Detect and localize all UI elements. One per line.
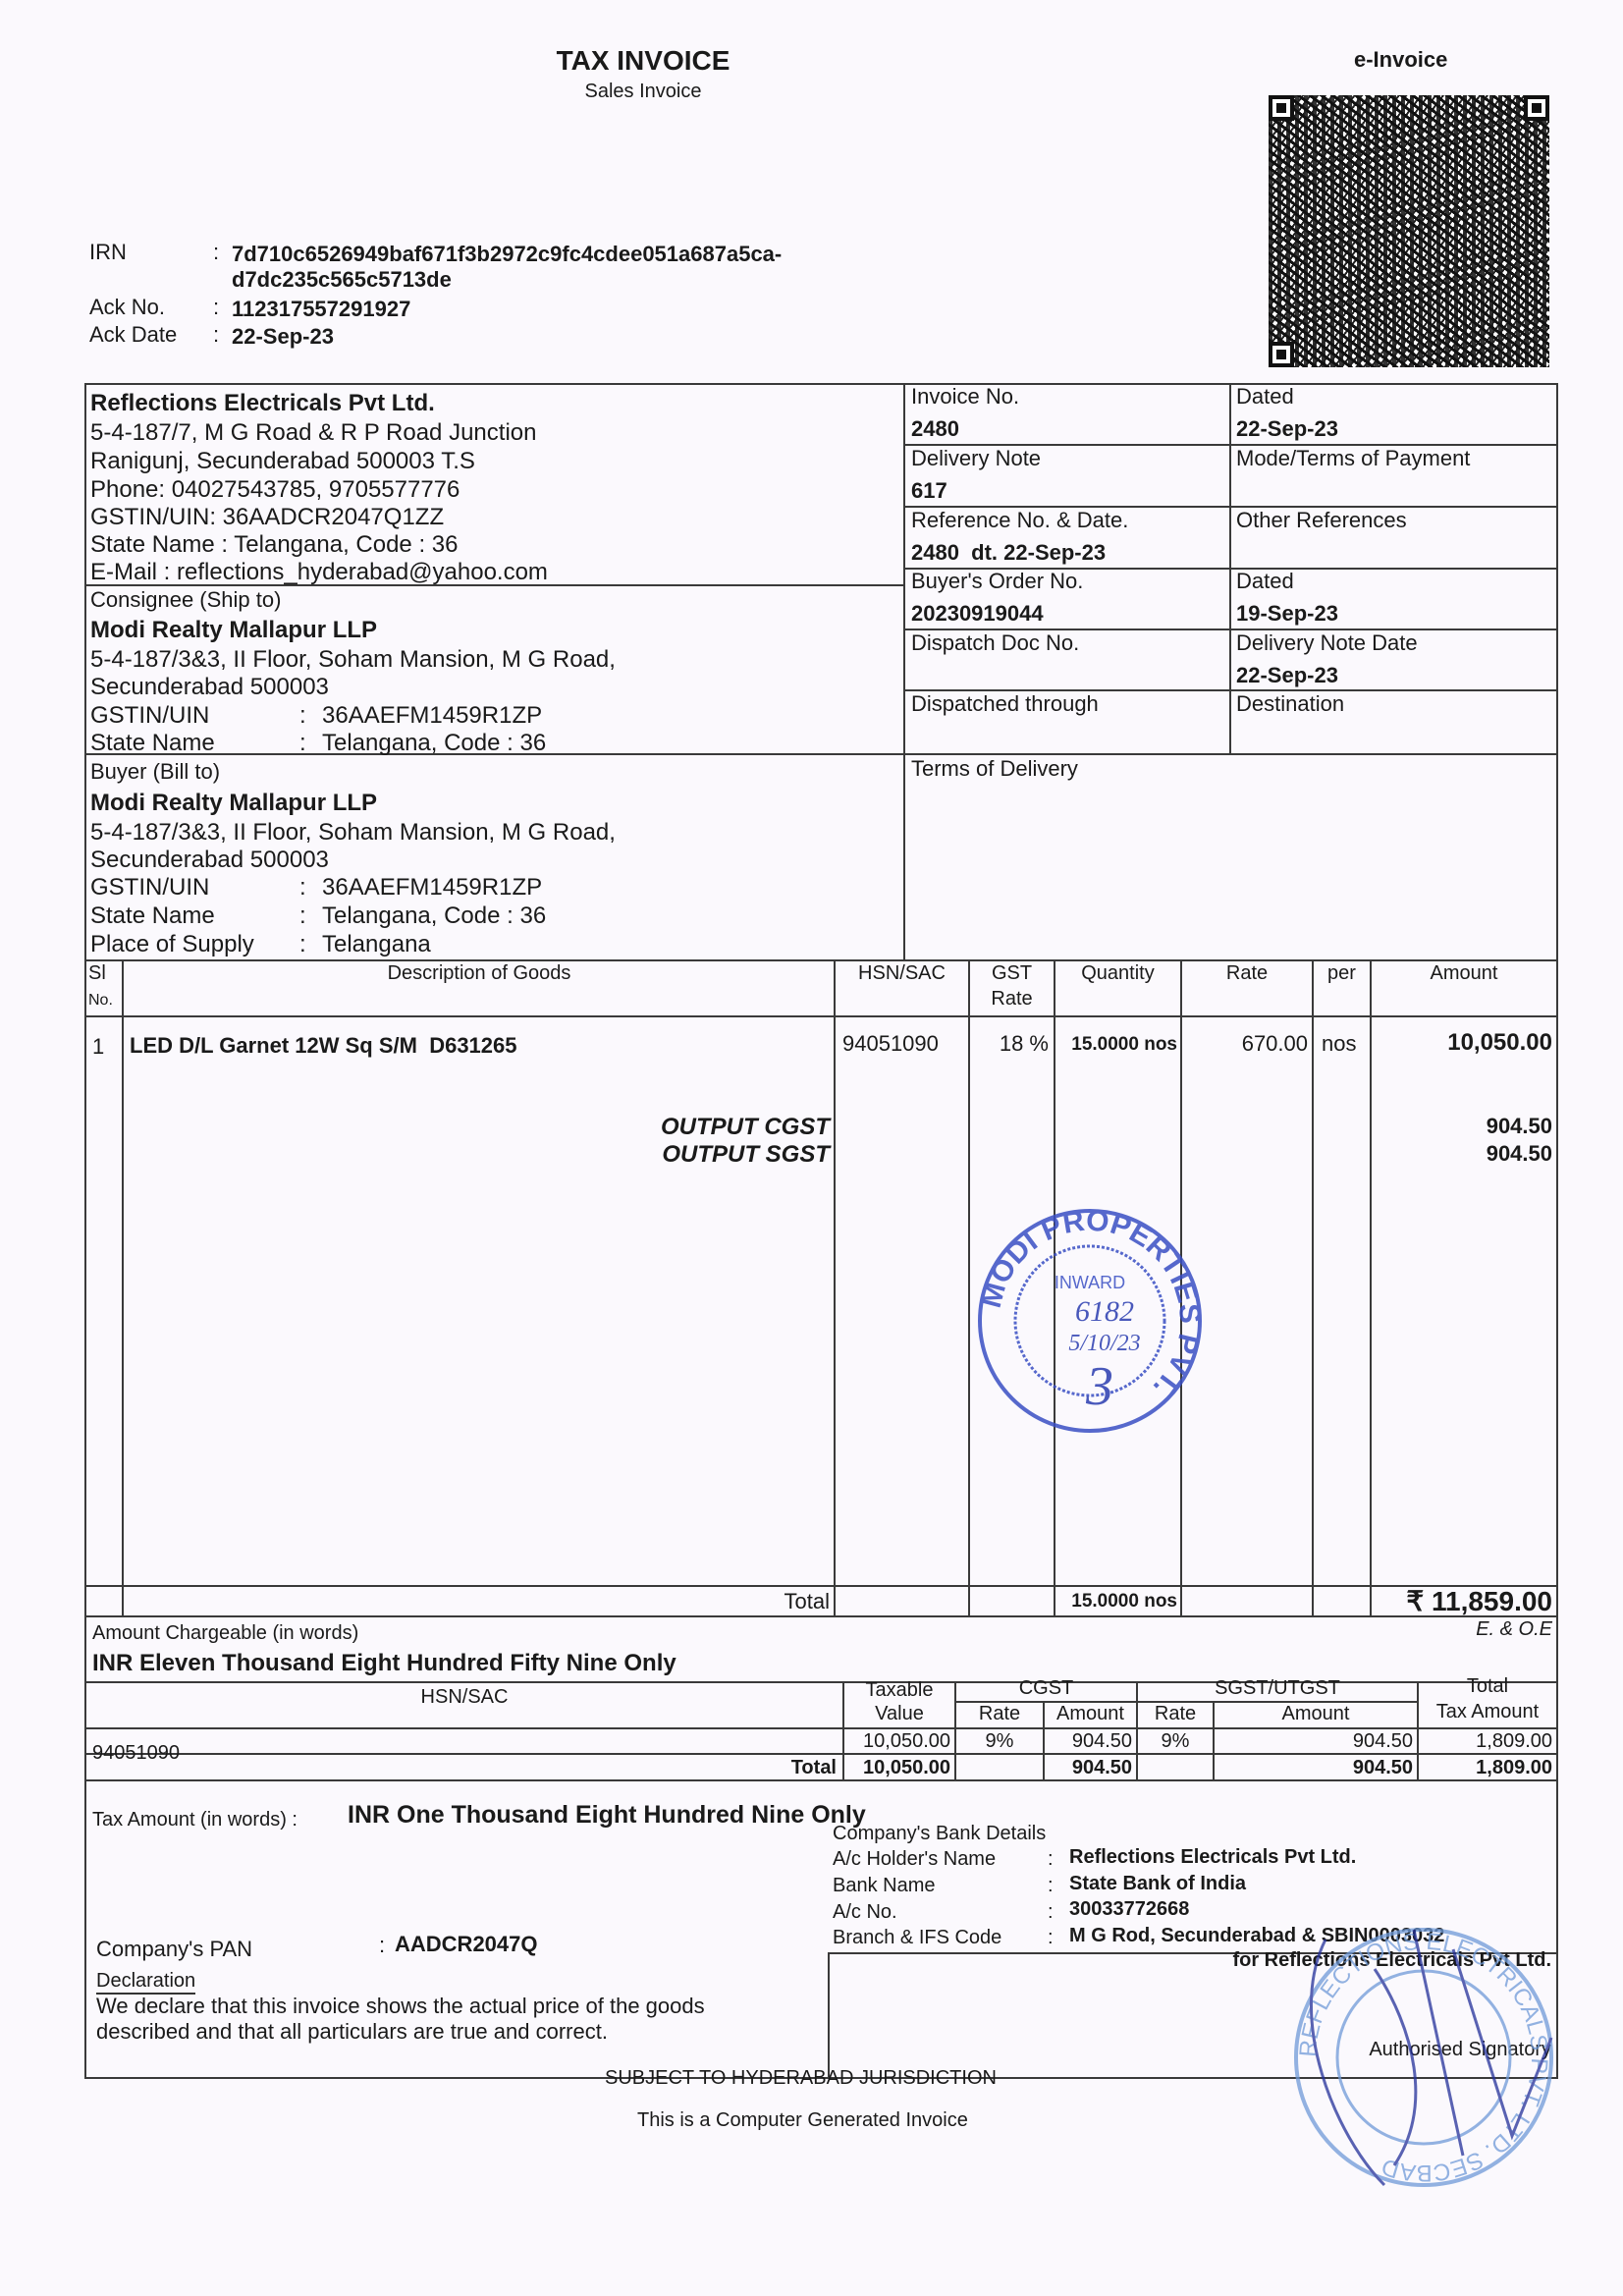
col-gst-rate: Rate — [970, 988, 1054, 1011]
grid-line — [84, 1615, 1558, 1617]
invoice-subtitle: Sales Invoice — [550, 81, 736, 103]
summary-total-tax: 1,809.00 — [1419, 1730, 1552, 1753]
grid-line — [122, 959, 124, 1616]
pan-label: Company's PAN — [96, 1937, 252, 1962]
consignee-gstin: 36AAEFM1459R1ZP — [322, 702, 542, 730]
grid-line — [828, 1952, 830, 2078]
tax-words-label: Tax Amount (in words) : — [92, 1809, 298, 1831]
bank-holder-label: A/c Holder's Name — [833, 1848, 996, 1871]
seller-state: State Name : Telangana, Code : 36 — [90, 531, 458, 559]
colon: : — [1048, 1875, 1054, 1897]
einvoice-label: e-Invoice — [1354, 47, 1447, 73]
svg-text:5/10/23: 5/10/23 — [1068, 1331, 1140, 1356]
col-description: Description of Goods — [124, 962, 835, 985]
computer-generated-note: This is a Computer Generated Invoice — [637, 2109, 968, 2132]
jurisdiction: SUBJECT TO HYDERABAD JURISDICTION — [605, 2067, 997, 2090]
bank-name-label: Bank Name — [833, 1875, 936, 1897]
row-quantity: 15.0000 nos — [1055, 1034, 1177, 1056]
buyer-address1: 5-4-187/3&3, II Floor, Soham Mansion, M … — [90, 819, 616, 847]
amount-words: INR Eleven Thousand Eight Hundred Fifty … — [92, 1650, 676, 1677]
summary-total-cgst: 904.50 — [1045, 1757, 1132, 1779]
colon: : — [379, 1933, 385, 1958]
delivery-note-date-label: Delivery Note Date — [1236, 630, 1418, 656]
colon: : — [213, 322, 219, 348]
destination-label: Destination — [1236, 691, 1344, 717]
colon: : — [213, 295, 219, 320]
buyer-label: Buyer (Bill to) — [90, 759, 220, 785]
grid-line — [1556, 383, 1558, 2079]
svg-text:INWARD: INWARD — [1055, 1273, 1125, 1292]
eoe: E. & O.E — [1372, 1618, 1552, 1641]
buyer-pos: Telangana — [322, 931, 431, 958]
invoice-no: 2480 — [911, 416, 959, 442]
qr-code-icon — [1269, 95, 1549, 367]
total-quantity: 15.0000 nos — [1055, 1591, 1177, 1613]
ack-no-label: Ack No. — [89, 295, 165, 320]
reference: 2480 dt. 22-Sep-23 — [911, 540, 1106, 566]
col-sl-no: No. — [88, 992, 113, 1010]
seller-name: Reflections Electricals Pvt Ltd. — [90, 390, 435, 417]
irn-label: IRN — [89, 240, 127, 265]
row-per: nos — [1322, 1031, 1356, 1057]
svg-text:6182: 6182 — [1075, 1295, 1134, 1328]
row-sl: 1 — [92, 1034, 104, 1060]
seller-email: E-Mail : reflections_hyderabad@yahoo.com — [90, 559, 548, 586]
consignee-state-label: State Name — [90, 730, 215, 757]
tax-line-sgst-amount: 904.50 — [1372, 1141, 1552, 1167]
ack-no: 112317557291927 — [232, 297, 410, 322]
buyer-pos-label: Place of Supply — [90, 931, 254, 958]
tax-line-cgst-label: OUTPUT CGST — [491, 1114, 830, 1141]
ack-date-label: Ack Date — [89, 322, 177, 348]
summary-sgst-amount: 904.50 — [1215, 1730, 1413, 1753]
summary-col-sgst: SGST/UTGST — [1138, 1677, 1417, 1700]
grid-line — [1370, 959, 1372, 1616]
summary-taxable: 10,050.00 — [844, 1730, 950, 1753]
row-description: LED D/L Garnet 12W Sq S/M D631265 — [130, 1033, 517, 1059]
row-amount: 10,050.00 — [1372, 1029, 1552, 1057]
buyer-name: Modi Realty Mallapur LLP — [90, 790, 377, 817]
colon: : — [299, 931, 306, 958]
bank-acno: 30033772668 — [1069, 1898, 1189, 1921]
grid-line — [84, 1015, 1558, 1017]
seller-gstin: GSTIN/UIN: 36AADCR2047Q1ZZ — [90, 504, 444, 531]
ack-date: 22-Sep-23 — [232, 324, 334, 350]
colon: : — [1048, 1901, 1054, 1924]
summary-col-taxable: Taxable — [844, 1679, 954, 1702]
summary-col-sgst-amount: Amount — [1215, 1703, 1417, 1725]
seller-address1: 5-4-187/7, M G Road & R P Road Junction — [90, 419, 536, 447]
svg-text:3: 3 — [1085, 1356, 1113, 1417]
summary-total-label: Total — [86, 1757, 837, 1779]
summary-col-cgst-rate: Rate — [956, 1703, 1043, 1725]
dispatched-through-label: Dispatched through — [911, 691, 1099, 717]
bank-name: State Bank of India — [1069, 1873, 1246, 1895]
summary-total-tax: 1,809.00 — [1419, 1757, 1552, 1779]
colon: : — [1048, 1927, 1054, 1949]
tax-line-sgst-label: OUTPUT SGST — [491, 1141, 830, 1169]
dispatch-doc-label: Dispatch Doc No. — [911, 630, 1079, 656]
buyer-state: Telangana, Code : 36 — [322, 902, 546, 930]
grid-line — [84, 1779, 1558, 1781]
declaration-line2: described and that all particulars are t… — [96, 2019, 608, 2045]
col-sl: Sl — [88, 962, 106, 985]
dated-label: Dated — [1236, 384, 1294, 410]
tax-line-cgst-amount: 904.50 — [1372, 1114, 1552, 1139]
summary-col-sgst-rate: Rate — [1138, 1703, 1213, 1725]
delivery-note-date: 22-Sep-23 — [1236, 663, 1338, 688]
grid-line — [84, 1753, 1558, 1755]
col-rate: Rate — [1182, 962, 1312, 985]
delivery-note-label: Delivery Note — [911, 446, 1041, 471]
col-per: per — [1314, 962, 1370, 985]
summary-col-cgst: CGST — [956, 1677, 1136, 1700]
row-gst-rate: 18 % — [970, 1031, 1049, 1057]
summary-col-total: Total — [1419, 1675, 1556, 1698]
seller-phone: Phone: 04027543785, 9705577776 — [90, 476, 460, 504]
summary-col-hsn: HSN/SAC — [86, 1686, 842, 1709]
total-label: Total — [491, 1589, 830, 1614]
consignee-gstin-label: GSTIN/UIN — [90, 702, 209, 730]
row-rate: 670.00 — [1182, 1031, 1308, 1057]
tax-words: INR One Thousand Eight Hundred Nine Only — [348, 1801, 866, 1830]
order-dated-label: Dated — [1236, 569, 1294, 594]
bank-branch-label: Branch & IFS Code — [833, 1927, 1001, 1949]
invoice-no-label: Invoice No. — [911, 384, 1019, 410]
buyer-address2: Secunderabad 500003 — [90, 847, 329, 874]
terms-delivery-label: Terms of Delivery — [911, 756, 1078, 782]
grid-line — [84, 383, 1558, 385]
delivery-note: 617 — [911, 478, 947, 504]
grid-line — [1312, 959, 1314, 1616]
irn-line2: d7dc235c565c5713de — [232, 267, 452, 293]
colon: : — [299, 702, 306, 730]
colon: : — [1048, 1848, 1054, 1871]
grid-line — [84, 1727, 1558, 1729]
total-amount: ₹ 11,859.00 — [1372, 1585, 1552, 1617]
buyer-state-label: State Name — [90, 902, 215, 930]
invoice-title: TAX INVOICE — [550, 45, 736, 77]
consignee-address1: 5-4-187/3&3, II Floor, Soham Mansion, M … — [90, 646, 616, 674]
grid-line — [84, 1585, 1558, 1587]
consignee-state: Telangana, Code : 36 — [322, 730, 546, 757]
summary-col-total-tax: Tax Amount — [1419, 1701, 1556, 1723]
row-hsn: 94051090 — [842, 1031, 939, 1057]
consignee-name: Modi Realty Mallapur LLP — [90, 617, 377, 644]
summary-total-taxable: 10,050.00 — [844, 1757, 950, 1779]
grid-line — [84, 959, 1558, 961]
declaration-title: Declaration — [96, 1970, 195, 1995]
summary-sgst-rate: 9% — [1138, 1730, 1213, 1753]
buyer-order-label: Buyer's Order No. — [911, 569, 1083, 594]
grid-line — [903, 753, 1558, 755]
seller-address2: Ranigunj, Secunderabad 500003 T.S — [90, 448, 475, 475]
consignee-label: Consignee (Ship to) — [90, 587, 281, 613]
col-hsn: HSN/SAC — [836, 962, 968, 985]
grid-line — [903, 383, 905, 959]
summary-cgst-rate: 9% — [956, 1730, 1043, 1753]
summary-cgst-amount: 904.50 — [1045, 1730, 1132, 1753]
colon: : — [299, 902, 306, 930]
buyer-gstin: 36AAEFM1459R1ZP — [322, 874, 542, 902]
col-gst: GST — [970, 962, 1054, 985]
summary-col-taxable-value: Value — [844, 1703, 954, 1725]
grid-line — [84, 383, 86, 2079]
colon: : — [299, 874, 306, 902]
buyer-gstin-label: GSTIN/UIN — [90, 874, 209, 902]
bank-acno-label: A/c No. — [833, 1901, 897, 1924]
bank-title: Company's Bank Details — [833, 1823, 1046, 1845]
payment-terms-label: Mode/Terms of Payment — [1236, 446, 1470, 471]
amount-words-label: Amount Chargeable (in words) — [92, 1622, 358, 1645]
declaration-line1: We declare that this invoice shows the a… — [96, 1994, 705, 2019]
company-seal-icon: REFLECTIONS ELECTRICALS PVT. LTD. SECBAD — [1267, 1910, 1581, 2205]
bank-holder: Reflections Electricals Pvt Ltd. — [1069, 1846, 1356, 1869]
summary-col-cgst-amount: Amount — [1045, 1703, 1136, 1725]
summary-total-sgst: 904.50 — [1215, 1757, 1413, 1779]
order-dated: 19-Sep-23 — [1236, 601, 1338, 627]
colon: : — [213, 240, 219, 265]
buyer-order: 20230919044 — [911, 601, 1044, 627]
other-refs-label: Other References — [1236, 508, 1407, 533]
reference-label: Reference No. & Date. — [911, 508, 1128, 533]
pan: AADCR2047Q — [395, 1932, 538, 1957]
inward-stamp-icon: MODI PROPERTIES PVT. INWARD 6182 5/10/23… — [967, 1198, 1213, 1444]
col-amount: Amount — [1372, 962, 1556, 985]
consignee-address2: Secunderabad 500003 — [90, 674, 329, 701]
invoice-date: 22-Sep-23 — [1236, 416, 1338, 442]
grid-line — [834, 959, 836, 1616]
col-quantity: Quantity — [1055, 962, 1180, 985]
irn-line1: 7d710c6526949baf671f3b2972c9fc4cdee051a6… — [232, 242, 782, 267]
colon: : — [299, 730, 306, 757]
